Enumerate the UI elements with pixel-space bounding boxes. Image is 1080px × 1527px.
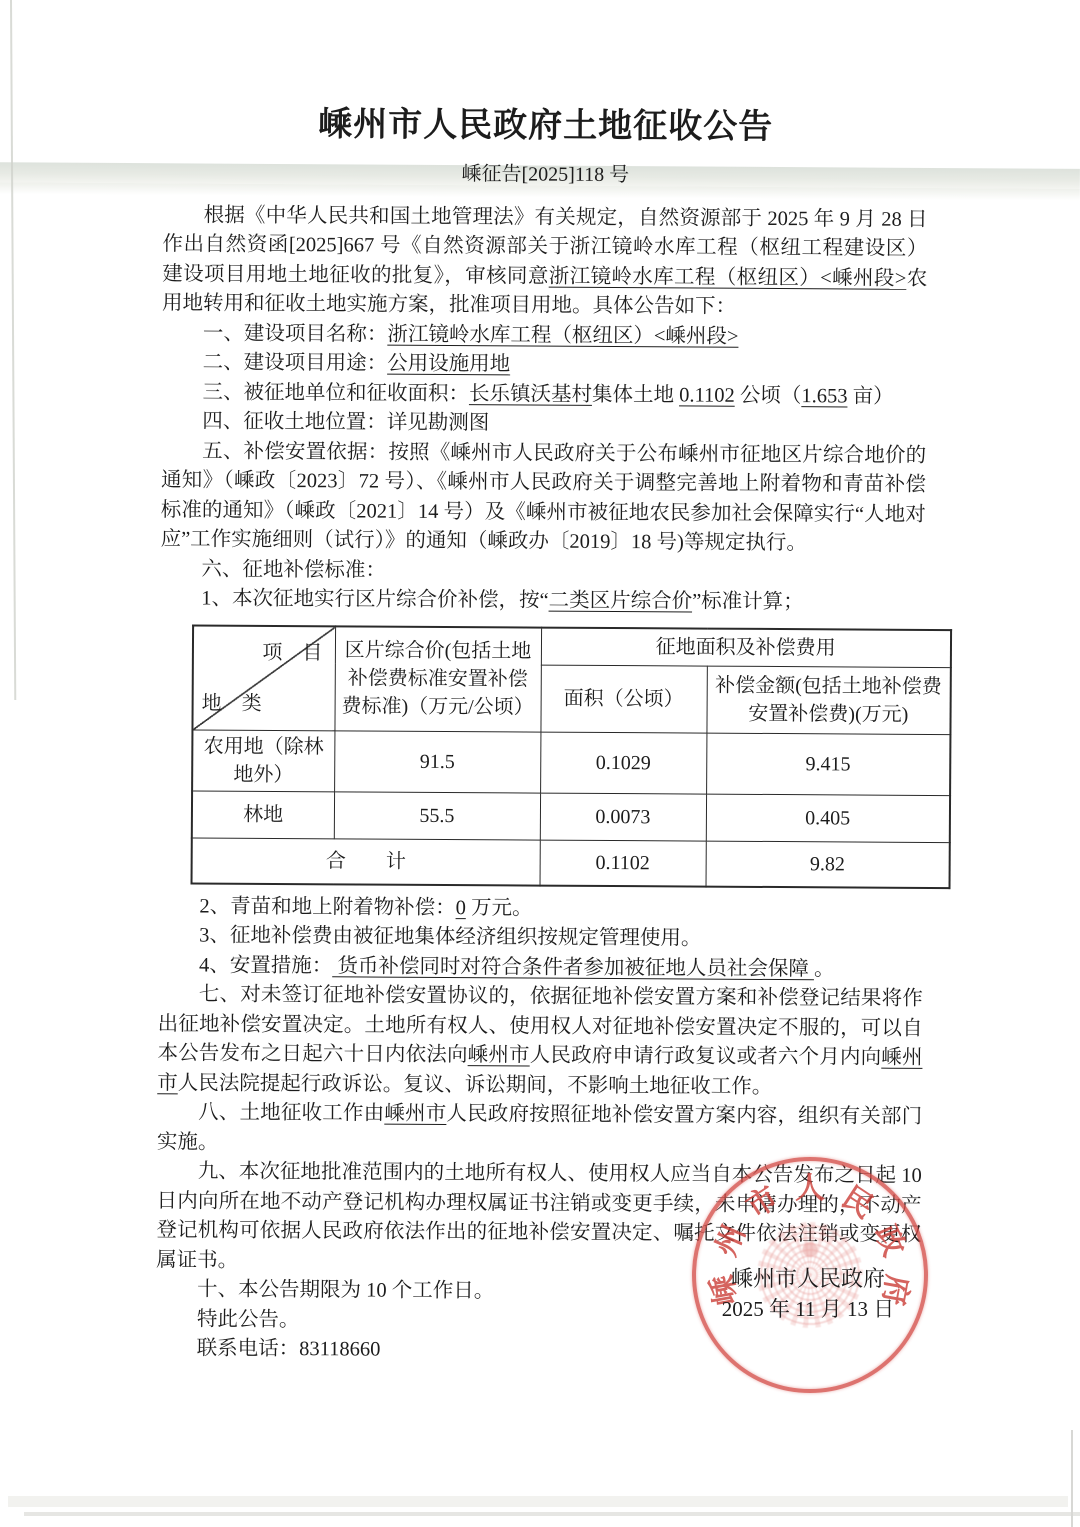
signature-date: 2025 年 11 月 13 日: [693, 1293, 923, 1323]
underline-price-category: 二类区片综合价: [549, 590, 693, 613]
cell-price: 91.5: [334, 730, 540, 792]
header-price: 区片综合价(包括土地补偿费标准安置补偿费标准)（万元/公顷）: [334, 626, 541, 732]
item-3-unit-and-area: 三、被征地单位和征收面积：长乐镇沃基村集体土地 0.1102 公顷（1.653 …: [161, 378, 926, 412]
text-segment: 人民政府申请行政复议或者六个月内向: [530, 1045, 882, 1069]
scan-artifact-right-line: [1071, 1430, 1073, 1527]
underline-project-name: 浙江镜岭水库工程（枢纽区）<嵊州段>: [387, 323, 738, 347]
text-segment: 亩）: [847, 385, 893, 407]
text-segment: ”标准计算；: [692, 591, 804, 614]
sub-item-3-fund-management: 3、征地补偿费由被征地集体经济组织按规定管理使用。: [158, 921, 923, 955]
item-label: 4、安置措施：: [199, 954, 332, 977]
seal-arc-char: 州: [709, 1219, 754, 1264]
text-segment: 万元。: [466, 897, 533, 919]
underline-hectares: 0.1102: [679, 384, 735, 406]
item-1-project-name: 一、建设项目名称：浙江镜岭水库工程（枢纽区）<嵊州段>: [162, 319, 927, 353]
scan-artifact-bottom-line: [24, 1512, 1080, 1516]
underline-village: 长乐镇沃基村: [469, 383, 592, 406]
item-label: 一、建设项目名称：: [203, 322, 388, 345]
header-area: 面积（公顷）: [540, 665, 706, 733]
underline-city: 嵊州市: [384, 1103, 446, 1125]
cell-amount: 0.405: [706, 794, 950, 842]
text-segment: 公顷（: [735, 384, 802, 406]
seal-arc-char: 人: [793, 1172, 827, 1206]
text-segment: 八、土地征收工作由: [198, 1101, 384, 1124]
table-row: 农用地（除林地外） 91.5 0.1029 9.415: [192, 729, 950, 795]
page-title: 嵊州市人民政府土地征收公告: [163, 104, 928, 147]
document-content: 嵊州市人民政府土地征收公告 嵊征告[2025]118 号 根据《中华人民共和国土…: [0, 0, 1080, 1369]
table-row: 林地 55.5 0.0073 0.405: [192, 790, 950, 842]
cell-type: 林地: [192, 790, 334, 838]
corner-label-item: 项 目: [262, 638, 322, 666]
corner-label-type: 地 类: [202, 689, 262, 717]
scan-artifact-bottom-band: [8, 1496, 1068, 1507]
seal-arc-char: 政: [867, 1219, 912, 1264]
cell-total-area: 0.1102: [540, 840, 706, 887]
sub-item-2-seedling-compensation: 2、青苗和地上附着物补偿：0 万元。: [158, 892, 923, 926]
document-number: 嵊征告[2025]118 号: [163, 158, 928, 192]
item-label: 二、建设项目用途：: [203, 352, 388, 375]
table-total-row: 合 计 0.1102 9.82: [192, 837, 950, 887]
underline-project-name: 浙江镜岭水库工程（枢纽区）<嵊州段>: [549, 265, 907, 289]
cell-type: 农用地（除林地外）: [192, 729, 334, 791]
item-4-location: 四、征收土地位置：详见勘测图: [161, 407, 926, 441]
item-5-compensation-basis: 五、补偿安置依据：按照《嵊州市人民政府关于公布嵊州市征地区片综合地价的通知》（嵊…: [161, 437, 927, 560]
item-2-land-use: 二、建设项目用途：公用设施用地: [162, 348, 927, 382]
sub-item-1-price-category: 1、本次征地实行区片综合价补偿，按“二类区片综合价”标准计算；: [160, 584, 925, 618]
header-group: 征地面积及补偿费用: [541, 627, 951, 667]
cell-total-label: 合 计: [192, 837, 540, 885]
header-amount: 补偿金额(包括土地补偿费安置补偿费)(万元): [706, 666, 950, 734]
text-segment: 集体土地: [592, 383, 679, 406]
item-6-standard-heading: 六、征地补偿标准：: [160, 555, 925, 589]
cell-area: 0.0073: [540, 793, 706, 841]
text-segment: 2、青苗和地上附着物补偿：: [199, 895, 455, 919]
text-segment: 。: [814, 958, 835, 980]
cell-amount: 9.415: [706, 733, 950, 795]
document-body: 嵊州市人民政府土地征收公告 嵊征告[2025]118 号 根据《中华人民共和国土…: [0, 0, 1080, 1369]
text-segment: 1、本次征地实行区片综合价补偿，按“: [201, 588, 548, 612]
item-8-implementation: 八、土地征收工作由嵊州市人民政府按照征地补偿安置方案内容，组织有关部门实施。: [157, 1098, 922, 1162]
underline-mu: 1.653: [801, 385, 847, 407]
signature-authority: 嵊州市人民政府: [708, 1262, 908, 1293]
seal-arc-char: 市: [739, 1180, 786, 1227]
underline-land-use: 公用设施用地: [387, 353, 510, 376]
scanned-announcement-page: 嵊州市人民政府土地征收公告 嵊征告[2025]118 号 根据《中华人民共和国土…: [0, 0, 1080, 1527]
underline-city: 嵊州市: [468, 1044, 530, 1066]
seal-arc-char: 民: [834, 1180, 881, 1227]
text-segment: 人民法院提起行政诉讼。复议、诉讼期间，不影响土地征收工作。: [178, 1072, 773, 1098]
cell-area: 0.1029: [540, 732, 706, 794]
cell-price: 55.5: [334, 791, 540, 839]
sub-item-4-resettlement: 4、安置措施： 货币补偿同时对符合条件者参加被征地人员社会保障 。: [158, 951, 923, 985]
underline-zero: 0: [456, 897, 466, 919]
item-label: 三、被征地单位和征收面积：: [202, 381, 469, 405]
item-7-dispute: 七、对未签订征地补偿安置协议的，依据征地补偿安置方案和补偿登记结果将作出征地补偿…: [157, 980, 923, 1103]
cell-total-amount: 9.82: [706, 841, 950, 888]
intro-paragraph: 根据《中华人民共和国土地管理法》有关规定，自然资源部于 2025 年 9 月 2…: [162, 201, 928, 324]
compensation-table: 项 目 地 类 区片综合价(包括土地补偿费标准安置补偿费标准)（万元/公顷） 征…: [191, 624, 953, 889]
table-corner-cell: 项 目 地 类: [192, 625, 335, 730]
underline-resettlement: 货币补偿同时对符合条件者参加被征地人员社会保障: [332, 955, 814, 980]
